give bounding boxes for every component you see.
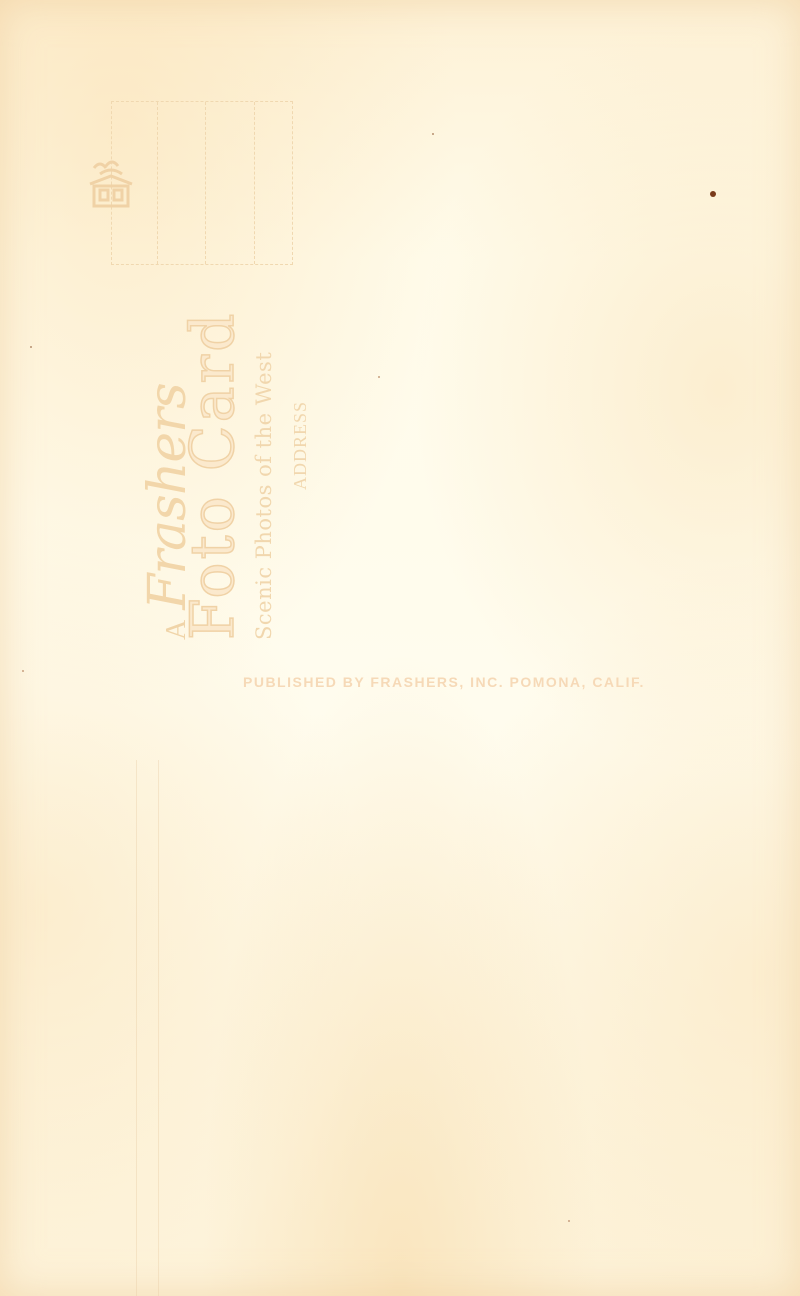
stamp-box-divider — [254, 102, 255, 264]
ink-spot — [710, 191, 716, 197]
paper-crease — [158, 760, 159, 1296]
stamp-box-divider — [205, 102, 206, 264]
address-label: ADDRESS — [290, 401, 311, 640]
ink-spot — [432, 133, 434, 135]
product-name: Foto Card — [178, 310, 248, 640]
paper-crease — [136, 760, 137, 1296]
frashers-house-logo-icon — [86, 158, 136, 214]
postcard-back: A Frashers Foto Card Scenic Photos of th… — [0, 0, 800, 1296]
ink-spot — [568, 1220, 570, 1222]
ink-spot — [378, 376, 380, 378]
stamp-box — [111, 101, 293, 265]
tagline: Scenic Photos of the West — [252, 352, 276, 640]
publisher-line: PUBLISHED BY FRASHERS, INC. POMONA, CALI… — [243, 674, 645, 690]
ink-spot — [22, 670, 24, 672]
stamp-box-divider — [157, 102, 158, 264]
ink-spot — [30, 346, 32, 348]
